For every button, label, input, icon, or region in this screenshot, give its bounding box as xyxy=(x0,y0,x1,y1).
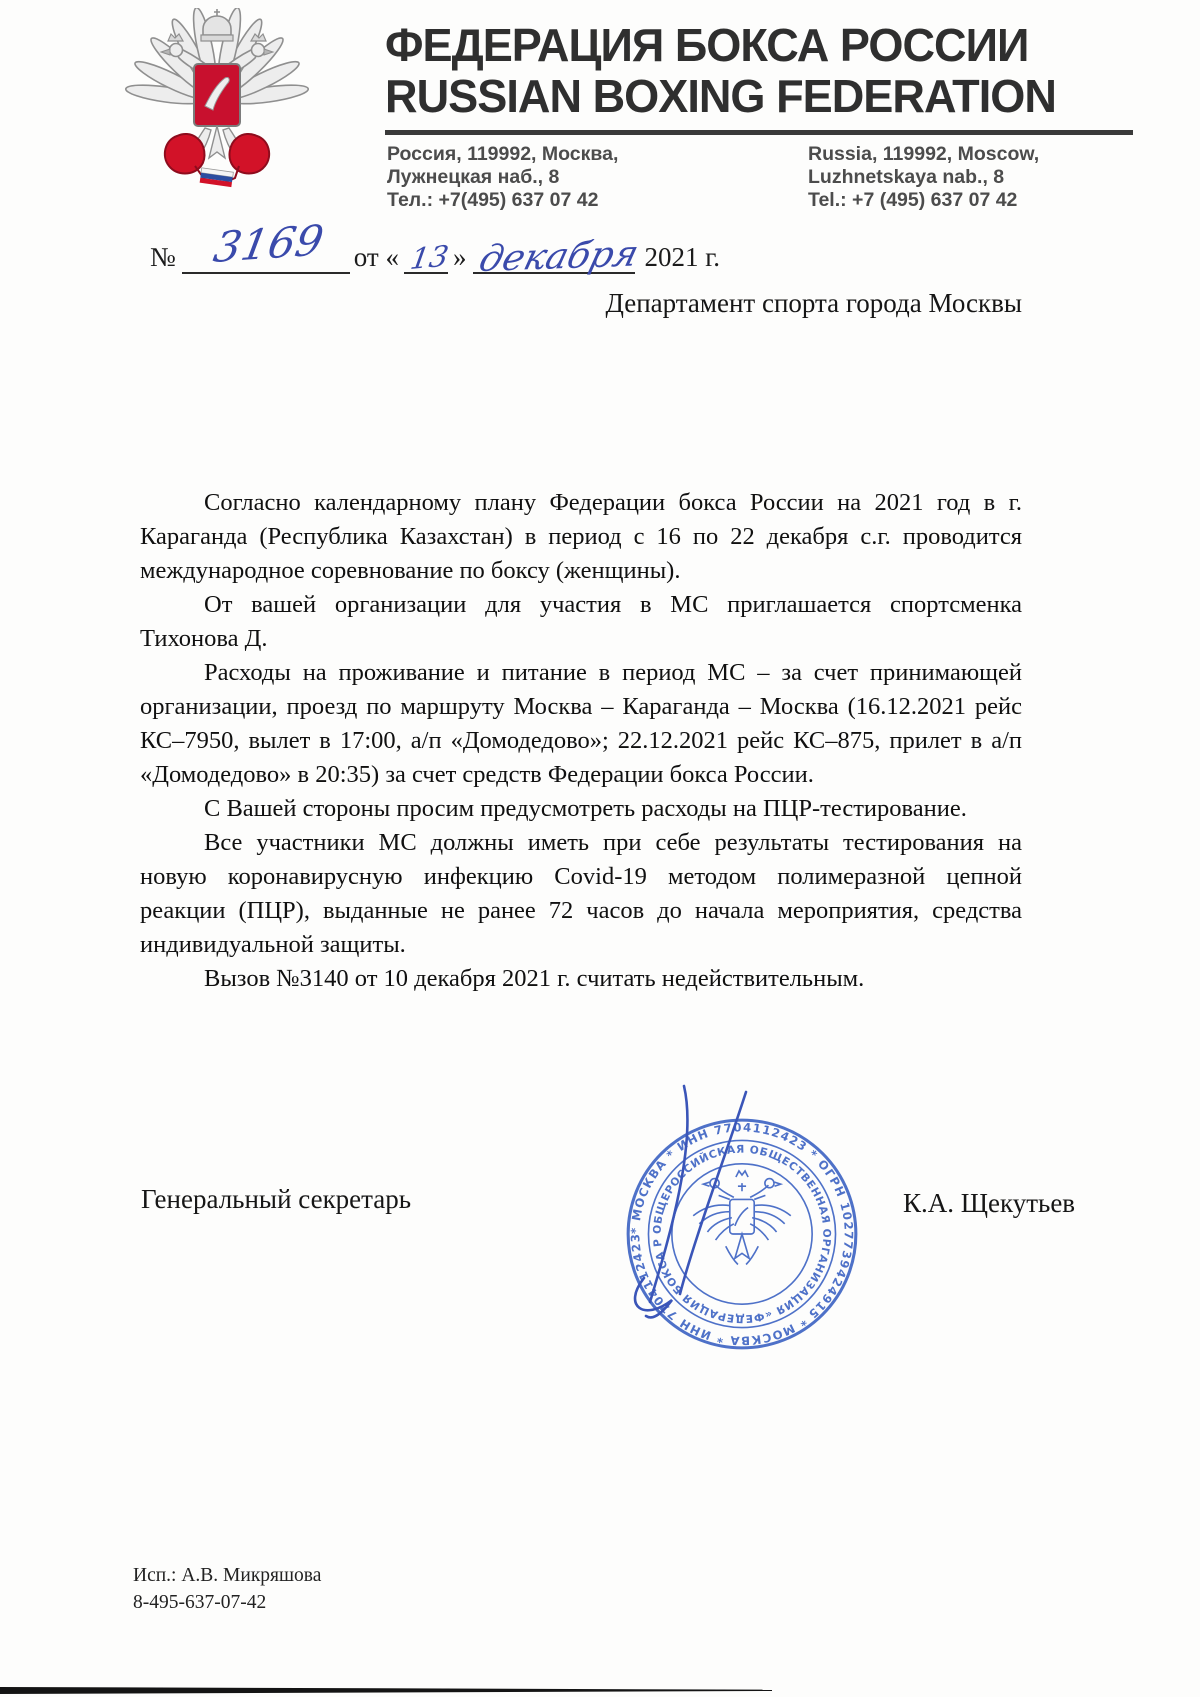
executor-block: Исп.: А.В. Микряшова 8-495-637-07-42 xyxy=(133,1562,321,1616)
scan-artifact-line xyxy=(0,1686,772,1694)
address-english: Russia, 119992, Moscow, Luzhnetskaya nab… xyxy=(808,143,1039,212)
paragraph: Согласно календарному плану Федерации бо… xyxy=(140,486,1022,588)
address-en-line3: Tel.: +7 (495) 637 07 42 xyxy=(808,189,1039,212)
document-number-handwritten: 3169 xyxy=(210,216,327,272)
day-blank: 13 xyxy=(404,234,448,274)
letter-page: ФЕДЕРАЦИЯ БОКСА РОССИИ RUSSIAN BOXING FE… xyxy=(0,0,1200,1697)
signatory-name: К.А. Щекутьев xyxy=(903,1188,1075,1219)
paragraph: Вызов №3140 от 10 декабря 2021 г. считат… xyxy=(140,962,1022,996)
header-divider xyxy=(385,130,1133,135)
reference-line: № 3169 от « 13 » декабря 2021 г. xyxy=(146,224,724,274)
day-handwritten: 13 xyxy=(408,239,451,276)
executor-name: Исп.: А.В. Микряшова xyxy=(133,1562,321,1589)
org-title-english: RUSSIAN BOXING FEDERATION xyxy=(385,70,1140,122)
org-title-russian: ФЕДЕРАЦИЯ БОКСА РОССИИ xyxy=(385,20,1140,70)
federation-emblem-icon xyxy=(116,8,318,218)
paragraph: От вашей организации для участия в МС пр… xyxy=(140,588,1022,656)
number-sign-label: № xyxy=(150,240,176,274)
executor-phone: 8-495-637-07-42 xyxy=(133,1589,321,1616)
year-label: 2021 г. xyxy=(644,240,720,274)
address-ru-line1: Россия, 119992, Москва, xyxy=(387,143,618,166)
address-russian: Россия, 119992, Москва, Лужнецкая наб., … xyxy=(387,143,618,212)
from-label: от « xyxy=(354,240,399,274)
address-ru-line2: Лужнецкая наб., 8 xyxy=(387,166,618,189)
month-handwritten: декабря xyxy=(475,234,643,280)
letter-body: Согласно календарному плану Федерации бо… xyxy=(140,486,1022,996)
signatory-position: Генеральный секретарь xyxy=(141,1184,411,1215)
document-number-blank: 3169 xyxy=(182,234,350,274)
recipient: Департамент спорта города Москвы xyxy=(605,288,1022,319)
paragraph: Расходы на проживание и питание в период… xyxy=(140,656,1022,792)
paragraph: Все участники МС должны иметь при себе р… xyxy=(140,826,1022,962)
address-en-line1: Russia, 119992, Moscow, xyxy=(808,143,1039,166)
paragraph: С Вашей стороны просим предусмотреть рас… xyxy=(140,792,1022,826)
month-blank: декабря xyxy=(473,234,635,274)
quote-close-label: » xyxy=(453,240,467,274)
address-ru-line3: Тел.: +7(495) 637 07 42 xyxy=(387,189,618,212)
address-en-line2: Luzhnetskaya nab., 8 xyxy=(808,166,1039,189)
pen-signature xyxy=(600,1068,910,1368)
